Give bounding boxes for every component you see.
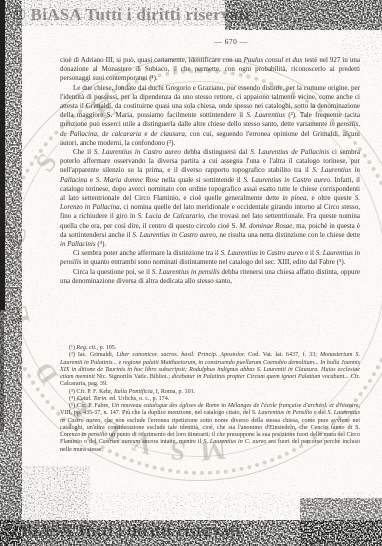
noise-edge-left [0,0,22,546]
body-paragraph: Che il S. Laurentius in Castro aureo deb… [60,148,360,249]
scanned-book-page: ESCEDELVSM © BiASA Tutti i diritti riser… [0,0,382,546]
body-paragraph: Le due chiese, fondate dai duchi Gregori… [60,84,360,148]
footnotes: (¹) Reg. cit., p. 105.(²) Iac. Grimaldi,… [60,345,360,454]
stamp-letter: E [1,298,39,333]
scan-edge-left-solid [0,0,5,310]
footnote: (⁴) Catal. Torin. ed. Urlichs, o. c., p.… [60,396,360,403]
page-number: — 670 — [80,37,382,46]
footnote: (³) Cfr. P. F. Kehr, Italia Pontificia, … [60,389,360,396]
body-paragraph: Circa la questione poi, se il S. Laurent… [60,268,360,286]
scan-edge-left-fade [0,300,4,430]
body-paragraph: cioè di Adriano III, si può, quasi certa… [60,56,360,84]
watermark-top: © BiASA Tutti i diritti riservati [13,5,250,25]
body-paragraphs: cioè di Adriano III, si può, quasi certa… [60,56,360,286]
footnote: (⁵) Cfr. P. Fabre, Un nouveau catalogue … [60,403,360,454]
stamp-letter: C [0,220,35,253]
body-paragraph: Ci sembra poter anche affermare la disti… [60,249,360,267]
noise-corner-bottom-right [300,498,382,546]
footnote: (²) Iac. Grimaldi, Liber canonicor. sacr… [60,352,360,388]
watermark-bottom: © BiASA Tutti i diritti riservati [4,521,241,541]
